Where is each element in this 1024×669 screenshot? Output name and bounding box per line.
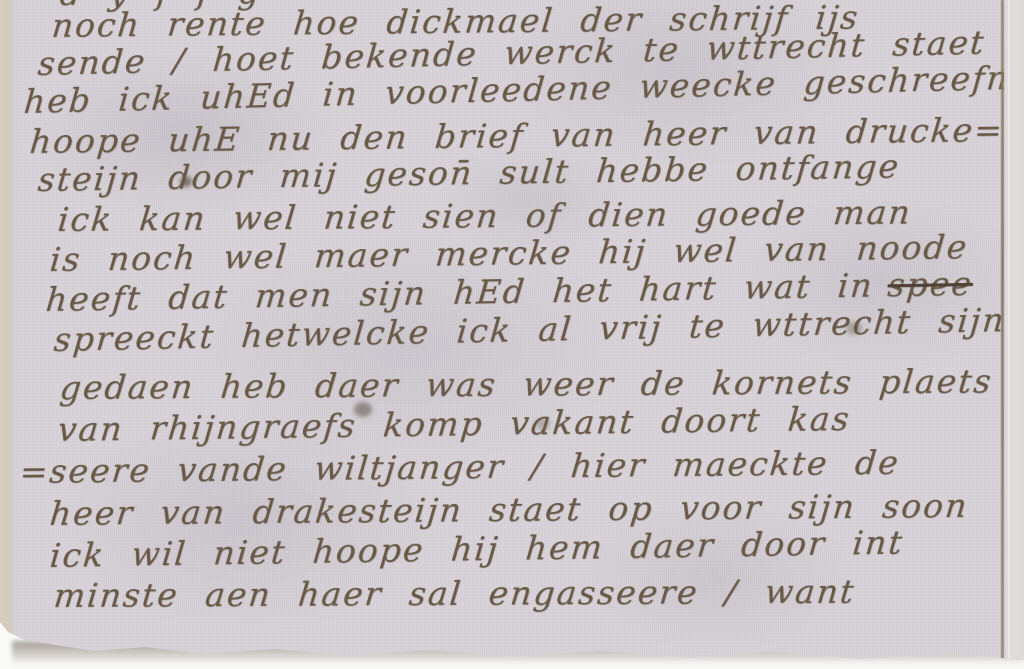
manuscript-line: heer van drakesteijn staet op voor sijn … bbox=[48, 486, 970, 533]
scan-background: sende / hoet bekende werck te wttrecht s… bbox=[0, 0, 1024, 669]
manuscript-line-text: spreeckt hetwelcke ick al vrij te wttrec… bbox=[52, 300, 1007, 359]
ink-smudge bbox=[846, 322, 862, 335]
manuscript-line-text: heb ick uhEd in voorleedene weecke gesch… bbox=[22, 58, 1011, 121]
manuscript-line: noch rente hoe dickmael der schrijf ijs bbox=[50, 0, 861, 45]
manuscript-line: steijn door mij geson̄ sult hebbe ontfan… bbox=[36, 146, 902, 199]
manuscript-line-text: =seere vande wiltjanger / hier maeckte d… bbox=[18, 443, 902, 491]
right-page-strip bbox=[1004, 0, 1024, 669]
manuscript-line: sende / hoet bekende werck te wttrecht s… bbox=[36, 23, 987, 83]
manuscript-line-text: hoope uhE nu den brief van heer van druc… bbox=[28, 110, 1006, 161]
manuscript-line: heeft dat men sijn hEd het hart wat insp… bbox=[44, 264, 974, 319]
manuscript-line: hoope uhE nu den brief van heer van druc… bbox=[28, 110, 1006, 161]
manuscript-line: =seere vande wiltjanger / hier maeckte d… bbox=[18, 443, 902, 491]
manuscript-line: van rhijngraefs komp vakant doort kas bbox=[56, 399, 852, 449]
manuscript-line: ick wil niet hoope hij hem daer door int bbox=[48, 523, 905, 575]
right-strip-highlight bbox=[1008, 0, 1010, 669]
manuscript-line-text: noch rente hoe dickmael der schrijf ijs bbox=[50, 0, 861, 45]
manuscript-line-text: heeft dat men sijn hEd het hart wat in bbox=[44, 266, 875, 319]
ink-smudge bbox=[354, 402, 372, 417]
manuscript-line: gedaen heb daer was weer de kornets plae… bbox=[58, 361, 994, 407]
struck-word: spee bbox=[886, 264, 975, 304]
manuscript-line-text: steijn door mij geson̄ sult hebbe ontfan… bbox=[36, 146, 902, 199]
manuscript-line-text: gedaen heb daer was weer de kornets plae… bbox=[58, 361, 994, 407]
manuscript-line: minste aen haer sal engasseere / want bbox=[52, 572, 857, 615]
manuscript-line-text: van rhijngraefs komp vakant doort kas bbox=[56, 399, 852, 449]
manuscript-line-text: sende / hoet bekende werck te wttrecht s… bbox=[36, 23, 987, 83]
manuscript-line: spreeckt hetwelcke ick al vrij te wttrec… bbox=[52, 300, 1007, 359]
manuscript-line-text: ick kan wel niet sien of dien goede man bbox=[56, 193, 914, 239]
right-fold-line bbox=[1001, 0, 1004, 669]
handwriting-layer: d y ſ f g noch rente hoe dickmael der sc… bbox=[0, 0, 1024, 669]
manuscript-line-text: minste aen haer sal engasseere / want bbox=[52, 572, 857, 615]
bleedthrough-layer: sende / hoet bekende werck te wttrecht s… bbox=[0, 0, 1024, 669]
partial-top-line: d y ſ f g bbox=[58, 0, 263, 13]
manuscript-line: heb ick uhEd in voorleedene weecke gesch… bbox=[22, 58, 1011, 121]
manuscript-line: is noch wel maer mercke hij wel van nood… bbox=[48, 227, 970, 279]
manuscript-line-text: ick wil niet hoope hij hem daer door int bbox=[48, 523, 905, 575]
manuscript-line-text: is noch wel maer mercke hij wel van nood… bbox=[48, 227, 970, 279]
manuscript-line-text: heer van drakesteijn staet op voor sijn … bbox=[48, 486, 970, 533]
paper-sheet: sende / hoet bekende werck te wttrecht s… bbox=[0, 0, 1024, 669]
ink-smudge bbox=[180, 176, 192, 187]
left-deckle-edge bbox=[0, 0, 16, 669]
manuscript-line: ick kan wel niet sien of dien goede man bbox=[56, 193, 914, 239]
ink-smudge bbox=[536, 418, 550, 430]
